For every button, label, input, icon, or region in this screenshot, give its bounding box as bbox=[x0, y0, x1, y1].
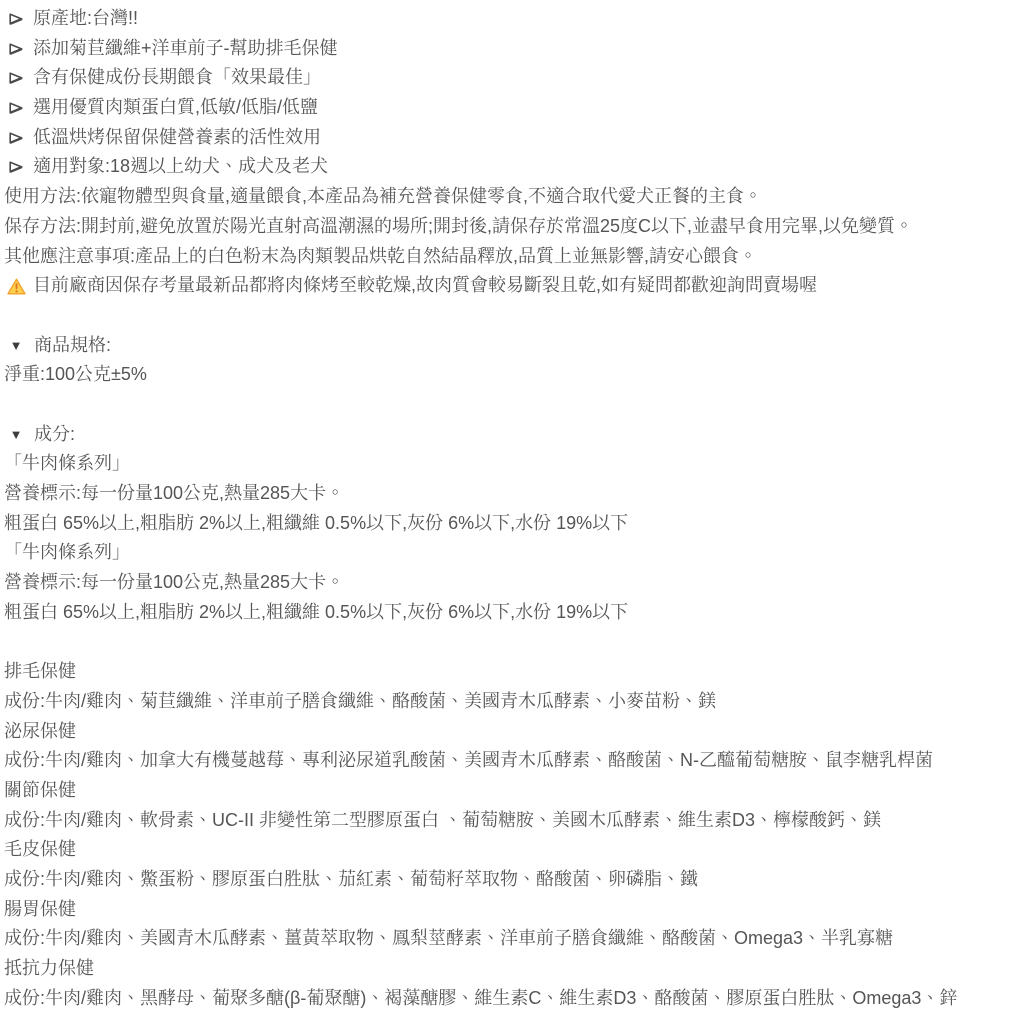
line-text: 毛皮保健 bbox=[4, 835, 76, 865]
description-line: 低溫烘烤保留保健營養素的活性效用 bbox=[0, 123, 1023, 153]
line-text: 添加菊苣纖維+洋車前子-幫助排毛保健 bbox=[33, 34, 338, 64]
description-line bbox=[0, 627, 1023, 657]
description-line: 目前廠商因保存考量最新品都將肉條烤至較乾燥,故肉質會較易斷裂且乾,如有疑問都歡迎… bbox=[0, 271, 1023, 301]
line-text: 腸胃保健 bbox=[4, 895, 76, 925]
line-text: 排毛保健 bbox=[4, 657, 76, 687]
arrow-bullet-icon bbox=[7, 71, 24, 85]
description-line: 含有保健成份長期餵食「效果最佳」 bbox=[0, 63, 1023, 93]
description-line: 適用對象:18週以上幼犬、成犬及老犬 bbox=[0, 152, 1023, 182]
arrow-bullet-icon bbox=[7, 160, 24, 174]
description-line: 選用優質肉類蛋白質,低敏/低脂/低鹽 bbox=[0, 93, 1023, 123]
triangle-down-icon: ▼ bbox=[8, 420, 24, 450]
description-line: 使用方法:依寵物體型與食量,適量餵食,本產品為補充營養保健零食,不適合取代愛犬正… bbox=[0, 182, 1023, 212]
description-line: 「牛肉條系列」 bbox=[0, 538, 1023, 568]
description-line: 其他應注意事項:產品上的白色粉末為肉類製品烘乾自然結晶釋放,品質上並無影響,請安… bbox=[0, 242, 1023, 272]
arrow-bullet-icon bbox=[7, 12, 24, 26]
description-line: 關節保健 bbox=[0, 776, 1023, 806]
line-text: 成份:牛肉/雞肉、軟骨素、UC-II 非變性第二型膠原蛋白 、葡萄糖胺、美國木瓜… bbox=[4, 806, 881, 836]
line-text: 其他應注意事項:產品上的白色粉末為肉類製品烘乾自然結晶釋放,品質上並無影響,請安… bbox=[4, 242, 757, 272]
line-text: 選用優質肉類蛋白質,低敏/低脂/低鹽 bbox=[33, 93, 318, 123]
description-line: ▼成分: bbox=[0, 420, 1023, 450]
line-text: 營養標示:每一份量100公克,熱量285大卡。 bbox=[4, 568, 344, 598]
line-text: 泌尿保健 bbox=[4, 717, 76, 747]
line-text: 保存方法:開封前,避免放置於陽光直射高溫潮濕的場所;開封後,請保存於常溫25度C… bbox=[4, 212, 913, 242]
line-text: 含有保健成份長期餵食「效果最佳」 bbox=[33, 63, 321, 93]
arrow-bullet-icon bbox=[7, 101, 24, 115]
line-text: 營養標示:每一份量100公克,熱量285大卡。 bbox=[4, 479, 344, 509]
line-text: 目前廠商因保存考量最新品都將肉條烤至較乾燥,故肉質會較易斷裂且乾,如有疑問都歡迎… bbox=[33, 271, 817, 301]
line-text: 抵抗力保健 bbox=[4, 954, 94, 984]
description-line: 營養標示:每一份量100公克,熱量285大卡。 bbox=[0, 568, 1023, 598]
line-text: 適用對象:18週以上幼犬、成犬及老犬 bbox=[33, 152, 328, 182]
line-text: 成分: bbox=[34, 420, 75, 450]
description-line: 營養標示:每一份量100公克,熱量285大卡。 bbox=[0, 479, 1023, 509]
line-text: 淨重:100公克±5% bbox=[4, 360, 147, 390]
description-line: 保存方法:開封前,避免放置於陽光直射高溫潮濕的場所;開封後,請保存於常溫25度C… bbox=[0, 212, 1023, 242]
description-line: 成份:牛肉/雞肉、鱉蛋粉、膠原蛋白胜肽、茄紅素、葡萄籽萃取物、酪酸菌、卵磷脂、鐵 bbox=[0, 865, 1023, 895]
line-text: 粗蛋白 65%以上,粗脂肪 2%以上,粗纖維 0.5%以下,灰份 6%以下,水份… bbox=[4, 509, 628, 539]
description-line: 腸胃保健 bbox=[0, 895, 1023, 925]
line-text: 商品規格: bbox=[34, 331, 111, 361]
description-line: 原產地:台灣!! bbox=[0, 4, 1023, 34]
description-line: 泌尿保健 bbox=[0, 717, 1023, 747]
triangle-down-icon: ▼ bbox=[8, 331, 24, 361]
product-description-page: 原產地:台灣!!添加菊苣纖維+洋車前子-幫助排毛保健含有保健成份長期餵食「效果最… bbox=[0, 0, 1023, 1020]
line-text: 關節保健 bbox=[4, 776, 76, 806]
line-text: 成份:牛肉/雞肉、黑酵母、葡聚多醣(β-葡聚醣)、褐藻醣膠、維生素C、維生素D3… bbox=[4, 984, 957, 1014]
line-text: 成份:牛肉/雞肉、菊苣纖維、洋車前子膳食纖維、酪酸菌、美國青木瓜酵素、小麥苗粉、… bbox=[4, 687, 716, 717]
description-line: 抵抗力保健 bbox=[0, 954, 1023, 984]
line-text: 原產地:台灣!! bbox=[33, 4, 138, 34]
line-text: 低溫烘烤保留保健營養素的活性效用 bbox=[33, 123, 321, 153]
description-line: 粗蛋白 65%以上,粗脂肪 2%以上,粗纖維 0.5%以下,灰份 6%以下,水份… bbox=[0, 598, 1023, 628]
description-line: 成份:牛肉/雞肉、黑酵母、葡聚多醣(β-葡聚醣)、褐藻醣膠、維生素C、維生素D3… bbox=[0, 984, 1023, 1014]
line-text: 成份:牛肉/雞肉、加拿大有機蔓越莓、專利泌尿道乳酸菌、美國青木瓜酵素、酪酸菌、N… bbox=[4, 746, 933, 776]
description-line: 淨重:100公克±5% bbox=[0, 360, 1023, 390]
description-line: 「牛肉條系列」 bbox=[0, 449, 1023, 479]
description-line bbox=[0, 301, 1023, 331]
description-line: 毛皮保健 bbox=[0, 835, 1023, 865]
description-line: 成份:牛肉/雞肉、加拿大有機蔓越莓、專利泌尿道乳酸菌、美國青木瓜酵素、酪酸菌、N… bbox=[0, 746, 1023, 776]
line-text: 「牛肉條系列」 bbox=[4, 449, 130, 479]
line-text: 使用方法:依寵物體型與食量,適量餵食,本產品為補充營養保健零食,不適合取代愛犬正… bbox=[4, 182, 762, 212]
description-line: 成份:牛肉/雞肉、軟骨素、UC-II 非變性第二型膠原蛋白 、葡萄糖胺、美國木瓜… bbox=[0, 806, 1023, 836]
line-text: 成份:牛肉/雞肉、鱉蛋粉、膠原蛋白胜肽、茄紅素、葡萄籽萃取物、酪酸菌、卵磷脂、鐵 bbox=[4, 865, 698, 895]
description-line: 粗蛋白 65%以上,粗脂肪 2%以上,粗纖維 0.5%以下,灰份 6%以下,水份… bbox=[0, 509, 1023, 539]
arrow-bullet-icon bbox=[7, 42, 24, 56]
arrow-bullet-icon bbox=[7, 131, 24, 145]
description-line: 排毛保健 bbox=[0, 657, 1023, 687]
description-line: ▼商品規格: bbox=[0, 331, 1023, 361]
description-lines: 原產地:台灣!!添加菊苣纖維+洋車前子-幫助排毛保健含有保健成份長期餵食「效果最… bbox=[0, 4, 1023, 1013]
line-text: 粗蛋白 65%以上,粗脂肪 2%以上,粗纖維 0.5%以下,灰份 6%以下,水份… bbox=[4, 598, 628, 628]
warning-icon bbox=[7, 278, 26, 295]
description-line: 成份:牛肉/雞肉、菊苣纖維、洋車前子膳食纖維、酪酸菌、美國青木瓜酵素、小麥苗粉、… bbox=[0, 687, 1023, 717]
description-line: 添加菊苣纖維+洋車前子-幫助排毛保健 bbox=[0, 34, 1023, 64]
description-line bbox=[0, 390, 1023, 420]
line-text: 成份:牛肉/雞肉、美國青木瓜酵素、薑黃萃取物、鳳梨莖酵素、洋車前子膳食纖維、酪酸… bbox=[4, 924, 893, 954]
description-line: 成份:牛肉/雞肉、美國青木瓜酵素、薑黃萃取物、鳳梨莖酵素、洋車前子膳食纖維、酪酸… bbox=[0, 924, 1023, 954]
line-text: 「牛肉條系列」 bbox=[4, 538, 130, 568]
